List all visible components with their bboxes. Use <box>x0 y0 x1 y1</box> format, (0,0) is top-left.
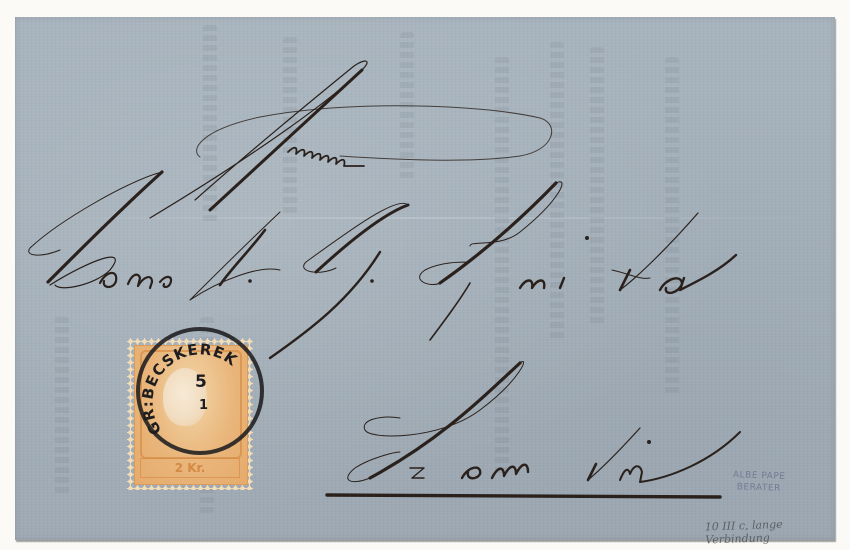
postmark-day: 5 <box>195 372 207 392</box>
salutation-script <box>150 61 552 218</box>
stamp-value: 2 Kr. <box>140 458 240 478</box>
dealer-handstamp: ALBE PAPE BERATER <box>724 469 795 495</box>
destination-script <box>327 361 740 497</box>
svg-text:GR:BECSKEREK: GR:BECSKEREK <box>138 340 241 438</box>
dealer-handstamp-line2: BERATER <box>724 481 794 495</box>
postmark-town: GR:BECSKEREK <box>138 340 241 438</box>
pencil-annotation: 10 III c, lange Verbindung <box>705 515 850 546</box>
postmark-month: 1 <box>199 398 208 413</box>
